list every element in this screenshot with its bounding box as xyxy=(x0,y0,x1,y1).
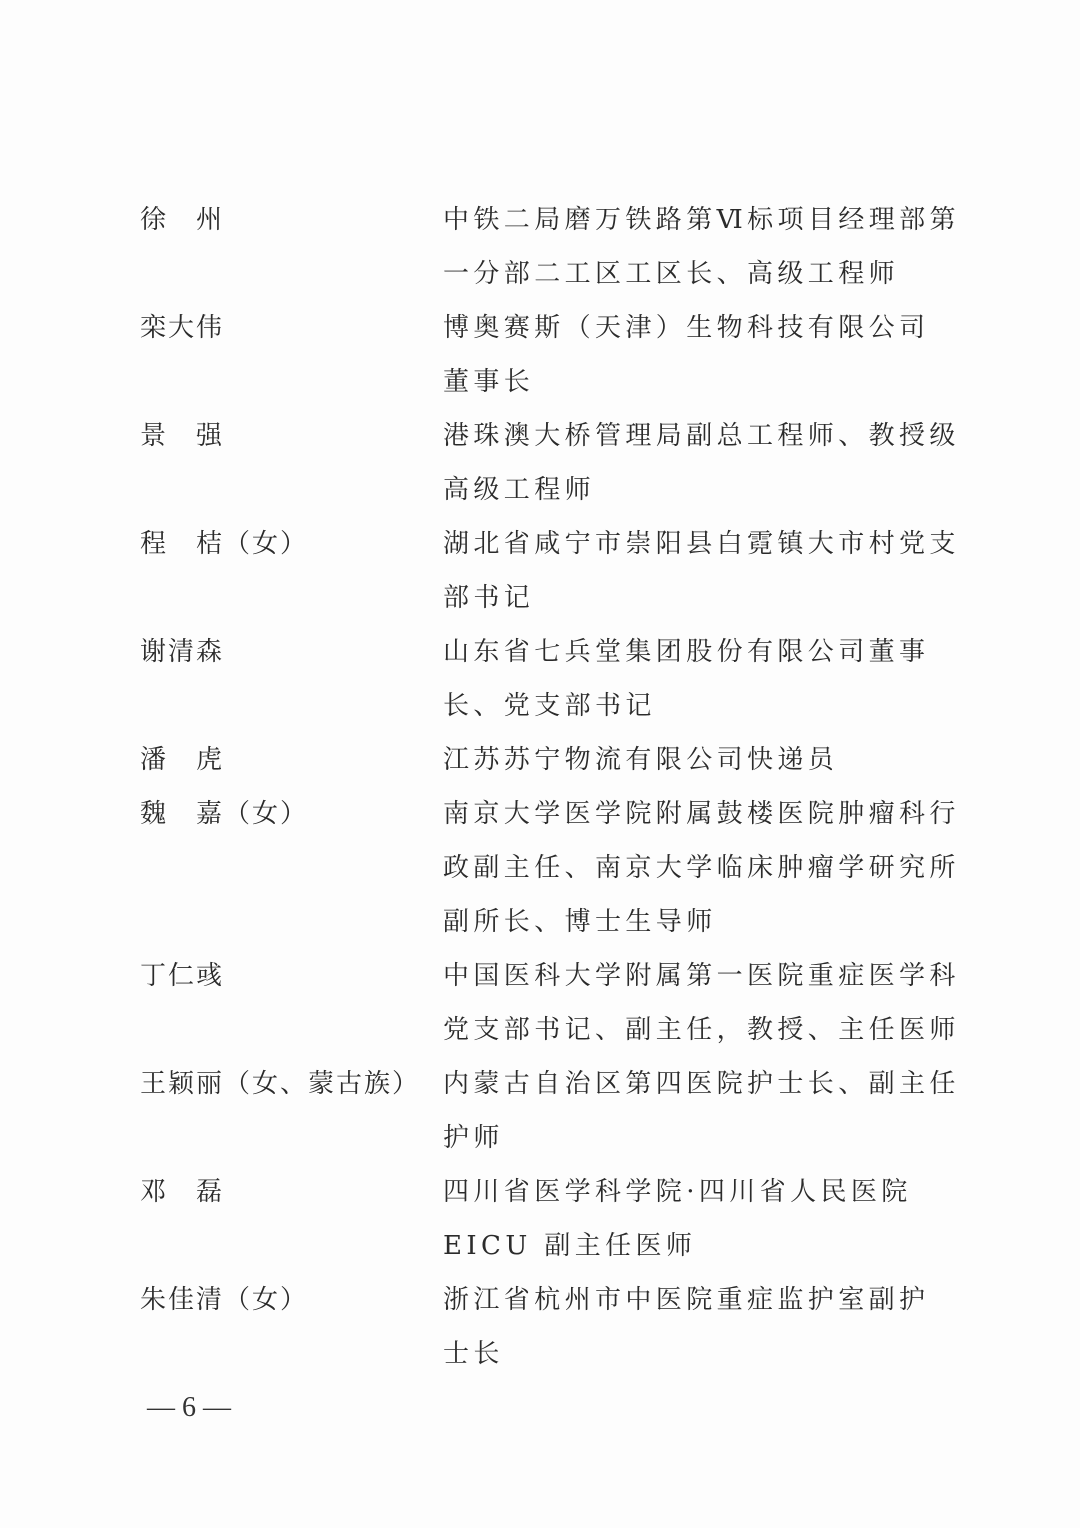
person-title: 博奥赛斯（天津）生物科技有限公司 董事长 xyxy=(443,301,928,409)
list-item: 谢清森 山东省七兵堂集团股份有限公司董事 长、党支部书记 xyxy=(140,625,940,733)
person-title: 中国医科大学附属第一医院重症医学科 党支部书记、副主任，教授、主任医师 xyxy=(443,949,928,1057)
title-line: 政副主任、南京大学临床肿瘤学研究所 xyxy=(443,841,928,895)
list-item: 丁仁彧 中国医科大学附属第一医院重症医学科 党支部书记、副主任，教授、主任医师 xyxy=(140,949,940,1057)
list-item: 魏 嘉（女） 南京大学医学院附属鼓楼医院肿瘤科行 政副主任、南京大学临床肿瘤学研… xyxy=(140,787,940,949)
title-line: 部书记 xyxy=(443,571,928,625)
person-name: 谢清森 xyxy=(140,625,443,679)
title-line: 南京大学医学院附属鼓楼医院肿瘤科行 xyxy=(443,787,928,841)
title-line: 山东省七兵堂集团股份有限公司董事 xyxy=(443,625,928,679)
title-line: 一分部二工区工区长、高级工程师 xyxy=(443,247,928,301)
title-line: 四川省医学科学院·四川省人民医院 xyxy=(443,1165,928,1219)
list-item: 王颖丽（女、蒙古族） 内蒙古自治区第四医院护士长、副主任 护师 xyxy=(140,1057,940,1165)
title-line: 中铁二局磨万铁路第Ⅵ标项目经理部第 xyxy=(443,193,928,247)
person-name: 程 桔（女） xyxy=(140,517,443,571)
person-name: 邓 磊 xyxy=(140,1165,443,1219)
person-name: 景 强 xyxy=(140,409,443,463)
list-item: 朱佳清（女） 浙江省杭州市中医院重症监护室副护 士长 xyxy=(140,1273,940,1381)
title-line: 港珠澳大桥管理局副总工程师、教授级 xyxy=(443,409,928,463)
person-name: 栾大伟 xyxy=(140,301,443,355)
title-line: 长、党支部书记 xyxy=(443,679,928,733)
document-page: 徐 州 中铁二局磨万铁路第Ⅵ标项目经理部第 一分部二工区工区长、高级工程师 栾大… xyxy=(0,0,1080,1528)
title-line: 江苏苏宁物流有限公司快递员 xyxy=(443,733,928,787)
person-name: 潘 虎 xyxy=(140,733,443,787)
person-name: 王颖丽（女、蒙古族） xyxy=(140,1057,443,1111)
person-name: 丁仁彧 xyxy=(140,949,443,1003)
person-name: 朱佳清（女） xyxy=(140,1273,443,1327)
person-title: 内蒙古自治区第四医院护士长、副主任 护师 xyxy=(443,1057,928,1165)
title-line: 湖北省咸宁市崇阳县白霓镇大市村党支 xyxy=(443,517,928,571)
person-title: 中铁二局磨万铁路第Ⅵ标项目经理部第 一分部二工区工区长、高级工程师 xyxy=(443,193,928,301)
title-line: 党支部书记、副主任，教授、主任医师 xyxy=(443,1003,928,1057)
person-name: 徐 州 xyxy=(140,193,443,247)
title-line: 浙江省杭州市中医院重症监护室副护 xyxy=(443,1273,928,1327)
person-name: 魏 嘉（女） xyxy=(140,787,443,841)
list-item: 潘 虎 江苏苏宁物流有限公司快递员 xyxy=(140,733,940,787)
title-line: 博奥赛斯（天津）生物科技有限公司 xyxy=(443,301,928,355)
person-title: 港珠澳大桥管理局副总工程师、教授级 高级工程师 xyxy=(443,409,928,517)
title-line: 中国医科大学附属第一医院重症医学科 xyxy=(443,949,928,1003)
title-line: 副所长、博士生导师 xyxy=(443,895,928,949)
title-line: 护师 xyxy=(443,1111,928,1165)
title-line: 士长 xyxy=(443,1327,928,1381)
title-line: 董事长 xyxy=(443,355,928,409)
list-item: 景 强 港珠澳大桥管理局副总工程师、教授级 高级工程师 xyxy=(140,409,940,517)
honoree-list: 徐 州 中铁二局磨万铁路第Ⅵ标项目经理部第 一分部二工区工区长、高级工程师 栾大… xyxy=(140,193,940,1381)
person-title: 四川省医学科学院·四川省人民医院 EICU 副主任医师 xyxy=(443,1165,928,1273)
title-line: 内蒙古自治区第四医院护士长、副主任 xyxy=(443,1057,928,1111)
person-title: 山东省七兵堂集团股份有限公司董事 长、党支部书记 xyxy=(443,625,928,733)
list-item: 邓 磊 四川省医学科学院·四川省人民医院 EICU 副主任医师 xyxy=(140,1165,940,1273)
page-number: — 6 — xyxy=(147,1392,231,1424)
person-title: 湖北省咸宁市崇阳县白霓镇大市村党支 部书记 xyxy=(443,517,928,625)
person-title: 江苏苏宁物流有限公司快递员 xyxy=(443,733,928,787)
title-line: EICU 副主任医师 xyxy=(443,1219,928,1273)
list-item: 徐 州 中铁二局磨万铁路第Ⅵ标项目经理部第 一分部二工区工区长、高级工程师 xyxy=(140,193,940,301)
list-item: 栾大伟 博奥赛斯（天津）生物科技有限公司 董事长 xyxy=(140,301,940,409)
person-title: 南京大学医学院附属鼓楼医院肿瘤科行 政副主任、南京大学临床肿瘤学研究所 副所长、… xyxy=(443,787,928,949)
person-title: 浙江省杭州市中医院重症监护室副护 士长 xyxy=(443,1273,928,1381)
title-line: 高级工程师 xyxy=(443,463,928,517)
list-item: 程 桔（女） 湖北省咸宁市崇阳县白霓镇大市村党支 部书记 xyxy=(140,517,940,625)
